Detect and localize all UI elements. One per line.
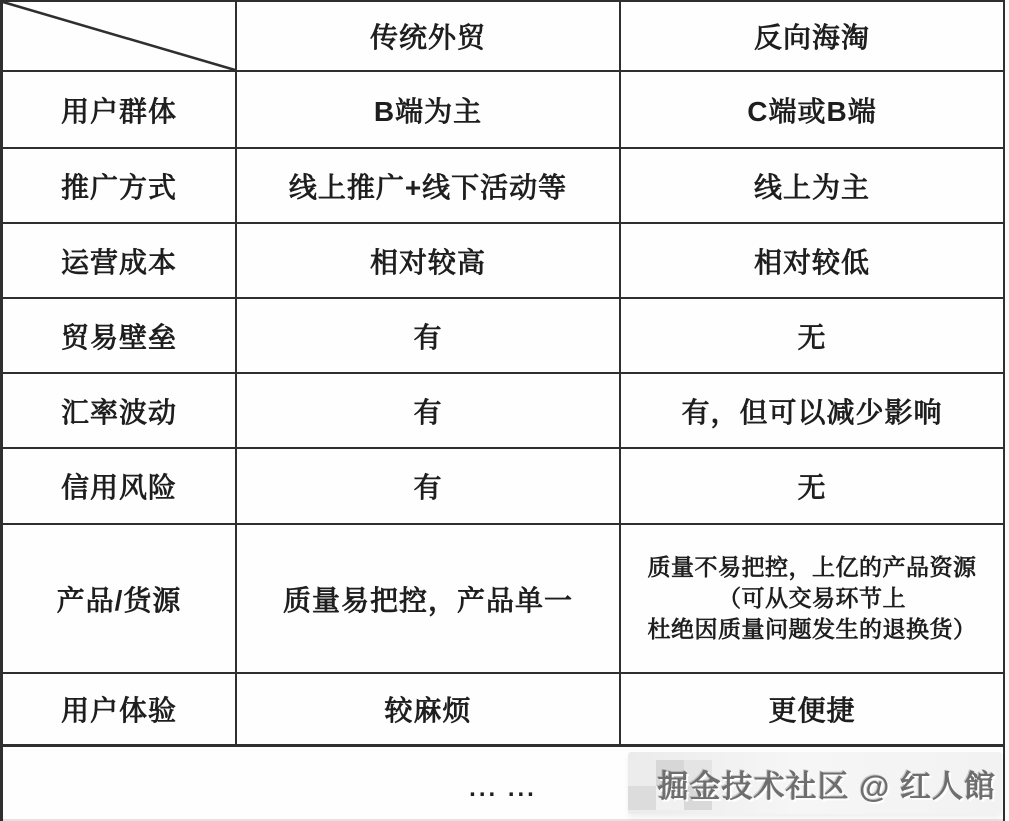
mosaic-block: [628, 786, 656, 810]
cell-traditional-exchange-rate: 有: [237, 374, 621, 449]
corner-cell: [3, 2, 237, 72]
cell-reverse-promotion: 线上为主: [621, 149, 1003, 224]
cell-reverse-product-supply-line3: 杜绝因质量问题发生的退换货）: [648, 614, 977, 645]
cell-reverse-product-supply-line1: 质量不易把控，上亿的产品资源: [648, 552, 977, 583]
row-label-user-experience: 用户体验: [3, 674, 237, 747]
cell-traditional-user-experience: 较麻烦: [237, 674, 621, 747]
comparison-table: 传统外贸 反向海淘 用户群体 B端为主 C端或B端 推广方式 线上推广+线下活动…: [0, 0, 1005, 821]
row-label-operating-cost: 运营成本: [3, 224, 237, 299]
cell-traditional-trade-barrier: 有: [237, 299, 621, 374]
cell-traditional-operating-cost: 相对较高: [237, 224, 621, 299]
row-label-user-group: 用户群体: [3, 72, 237, 149]
cell-traditional-promotion: 线上推广+线下活动等: [237, 149, 621, 224]
row-label-promotion: 推广方式: [3, 149, 237, 224]
cell-reverse-operating-cost: 相对较低: [621, 224, 1003, 299]
comparison-table-page: 传统外贸 反向海淘 用户群体 B端为主 C端或B端 推广方式 线上推广+线下活动…: [0, 0, 1009, 821]
mosaic-block: [628, 760, 656, 786]
row-label-credit-risk: 信用风险: [3, 449, 237, 525]
cell-reverse-product-supply-line2: （可从交易环节上: [718, 583, 906, 614]
column-header-traditional-trade: 传统外贸: [237, 2, 621, 72]
column-header-reverse-haitao: 反向海淘: [621, 2, 1003, 72]
row-label-product-supply: 产品/货源: [3, 525, 237, 674]
cell-reverse-user-experience: 更便捷: [621, 674, 1003, 747]
cell-reverse-credit-risk: 无: [621, 449, 1003, 525]
watermark-strip: 掘金技术社区 @ 红人館: [628, 752, 1002, 814]
cell-reverse-exchange-rate: 有，但可以减少影响: [621, 374, 1003, 449]
cell-traditional-product-supply: 质量易把控，产品单一: [237, 525, 621, 674]
diagonal-line: [3, 2, 235, 70]
cell-traditional-credit-risk: 有: [237, 449, 621, 525]
row-label-trade-barrier: 贸易壁垒: [3, 299, 237, 374]
row-label-exchange-rate: 汇率波动: [3, 374, 237, 449]
cell-reverse-product-supply: 质量不易把控，上亿的产品资源 （可从交易环节上 杜绝因质量问题发生的退换货）: [621, 525, 1003, 674]
cell-reverse-trade-barrier: 无: [621, 299, 1003, 374]
cell-traditional-user-group: B端为主: [237, 72, 621, 149]
cell-reverse-user-group: C端或B端: [621, 72, 1003, 149]
watermark-text: 掘金技术社区 @ 红人館: [658, 761, 996, 806]
